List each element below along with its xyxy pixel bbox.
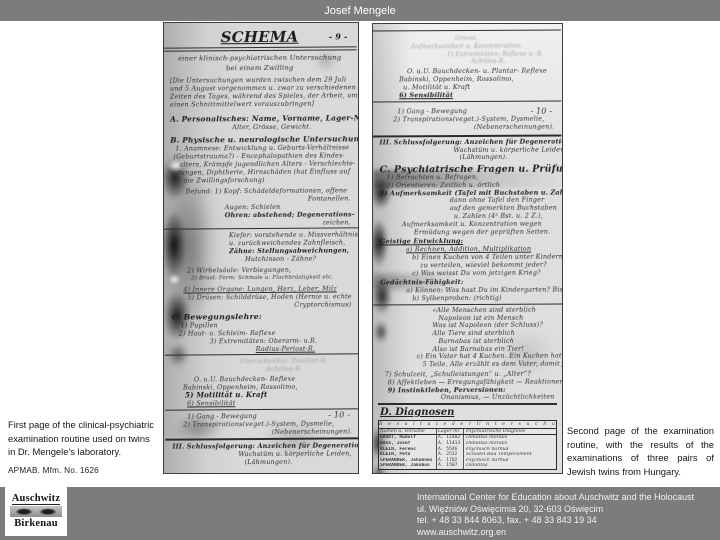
document-scan-page2: Orient.Aufmerksamkeit u. Konzentration:1… (372, 23, 563, 474)
handwritten-rule (372, 30, 561, 32)
footer-bar: International Center for Education about… (0, 487, 720, 540)
results-table: R e s u l t a t e d e r U n t e r s u c … (378, 420, 557, 470)
caption-line: First page of the clinical-psychiatric (8, 418, 170, 432)
handwritten-rule (372, 101, 561, 103)
column-header: Lager-Nr. (437, 429, 464, 435)
eyes-image (10, 506, 62, 517)
handwritten-line: (Lähmungen). (460, 154, 555, 162)
handwritten-line: Radius-Periost-R. (256, 344, 352, 353)
caption-line: routine, with the results of the (567, 438, 714, 452)
footer-address: ul. Więźniów Oświęcimia 20, 32-603 Oświę… (417, 504, 694, 516)
footer-phone-fax: tel. + 48 33 844 8063, fax. + 48 33 843 … (417, 515, 694, 527)
caption-line: in Dr. Mengele's laboratory. (8, 445, 170, 459)
handwritten-line: b) Sylbenproben: (richtig) (412, 294, 555, 303)
handwritten-line: 6) Sensibilität (399, 91, 554, 100)
caption-line: Jewish twins from Hungary. (567, 465, 714, 479)
table-cell: Debilitas (464, 463, 556, 469)
diagnoses-heading: D. Diagnosen (380, 407, 557, 418)
handwritten-line: einer klinisch-psychiatrischen Untersuch… (170, 53, 350, 62)
archive-reference: APMAB. Mfm. No. 1626 (8, 466, 99, 475)
results-table-header: Namen u. VornameLager-Nr.Psychiatrische … (379, 429, 556, 436)
logo-birkenau-text: Birkenau (14, 518, 58, 529)
handwritten-line: c) Was weisst Du vom jetzigen Krieg? (412, 269, 555, 278)
slide-title-bar: Josef Mengele (0, 0, 720, 21)
auschwitz-birkenau-logo: · · · · · · · · · · · · · · Auschwitz Bi… (5, 486, 67, 536)
divider-rule (378, 403, 557, 405)
document-scan-page1: SCHEMA- 9 -einer klinisch-psychiatrische… (163, 22, 359, 474)
handwritten-line: zeichen. (171, 218, 351, 227)
handwritten-line: 6) Sensibilität (187, 398, 352, 407)
handwritten-rule (165, 437, 359, 440)
diagnosis-row: SPERANDER, JakobusA. 1587Debilitas (379, 463, 556, 469)
handwritten-line: SCHEMA- 9 - (169, 28, 349, 46)
handwritten-rule (163, 46, 357, 51)
column-header: Psychiatrische Diagnose (464, 429, 556, 435)
footer-contact-block: International Center for Education about… (417, 492, 694, 538)
column-header: Namen u. Vorname (379, 429, 437, 435)
handwritten-line: Cryptorchismus) (171, 300, 351, 309)
results-table-title: R e s u l t a t e d e r U n t e r s u c … (379, 421, 556, 429)
logo-auschwitz-text: Auschwitz (12, 493, 60, 505)
caption-line: examination routine used on twins (8, 432, 170, 446)
handwritten-line: Alter, Grösse, Gewicht. (232, 122, 350, 131)
page1-handwriting: SCHEMA- 9 -einer klinisch-psychiatrische… (163, 22, 359, 473)
footer-institution: International Center for Education about… (417, 492, 694, 504)
handwritten-line: Achilles-R. (266, 364, 352, 373)
handwritten-line: (Nebenerscheinungen). (379, 124, 554, 133)
handwritten-line: (Nebenerscheinungen). (172, 427, 352, 436)
handwritten-line: (Lähmungen). (244, 457, 352, 466)
handwritten-line: 3) Brust: Form: Schmale u. Flachbrüstigk… (191, 273, 351, 282)
slide-title: Josef Mengele (324, 5, 396, 17)
table-cell: A. 1587 (437, 463, 464, 469)
handwritten-line: Hutchinson - Zähne? (245, 254, 351, 263)
handwritten-line: Achilles-R. (471, 58, 554, 66)
caption-line: Second page of the examination (567, 424, 714, 438)
caption-page2: Second page of the examination routine, … (567, 424, 714, 478)
diagnoses-section: D. Diagnosen R e s u l t a t e d e r U n… (378, 403, 557, 470)
handwritten-rule (164, 227, 358, 229)
logo-bottom-caption: · · · · · · · · · · · · (10, 529, 61, 533)
handwritten-line: einen Schnittmittelwert vorauszubringen] (170, 99, 350, 108)
handwritten-line: 5 Teile. Alle erzählt es dem Vater, dami… (423, 361, 556, 369)
handwritten-line: Ermüdung wegen der geprüften Seiten. (414, 228, 555, 237)
table-cell: SPERANDER, Jakobus (379, 463, 437, 469)
footer-website-link[interactable]: www.auschwitz.org.en (417, 527, 694, 539)
handwritten-line: die Zwillingsforschung) (183, 175, 350, 184)
caption-line: examinations of three pairs of (567, 451, 714, 465)
handwritten-line: bei einem Zwilling (170, 63, 350, 72)
handwritten-line: Onanismus, — Unzüchtlichkeiten (441, 394, 556, 402)
handwritten-rule (165, 353, 359, 355)
caption-page1: First page of the clinical-psychiatric e… (8, 418, 170, 459)
